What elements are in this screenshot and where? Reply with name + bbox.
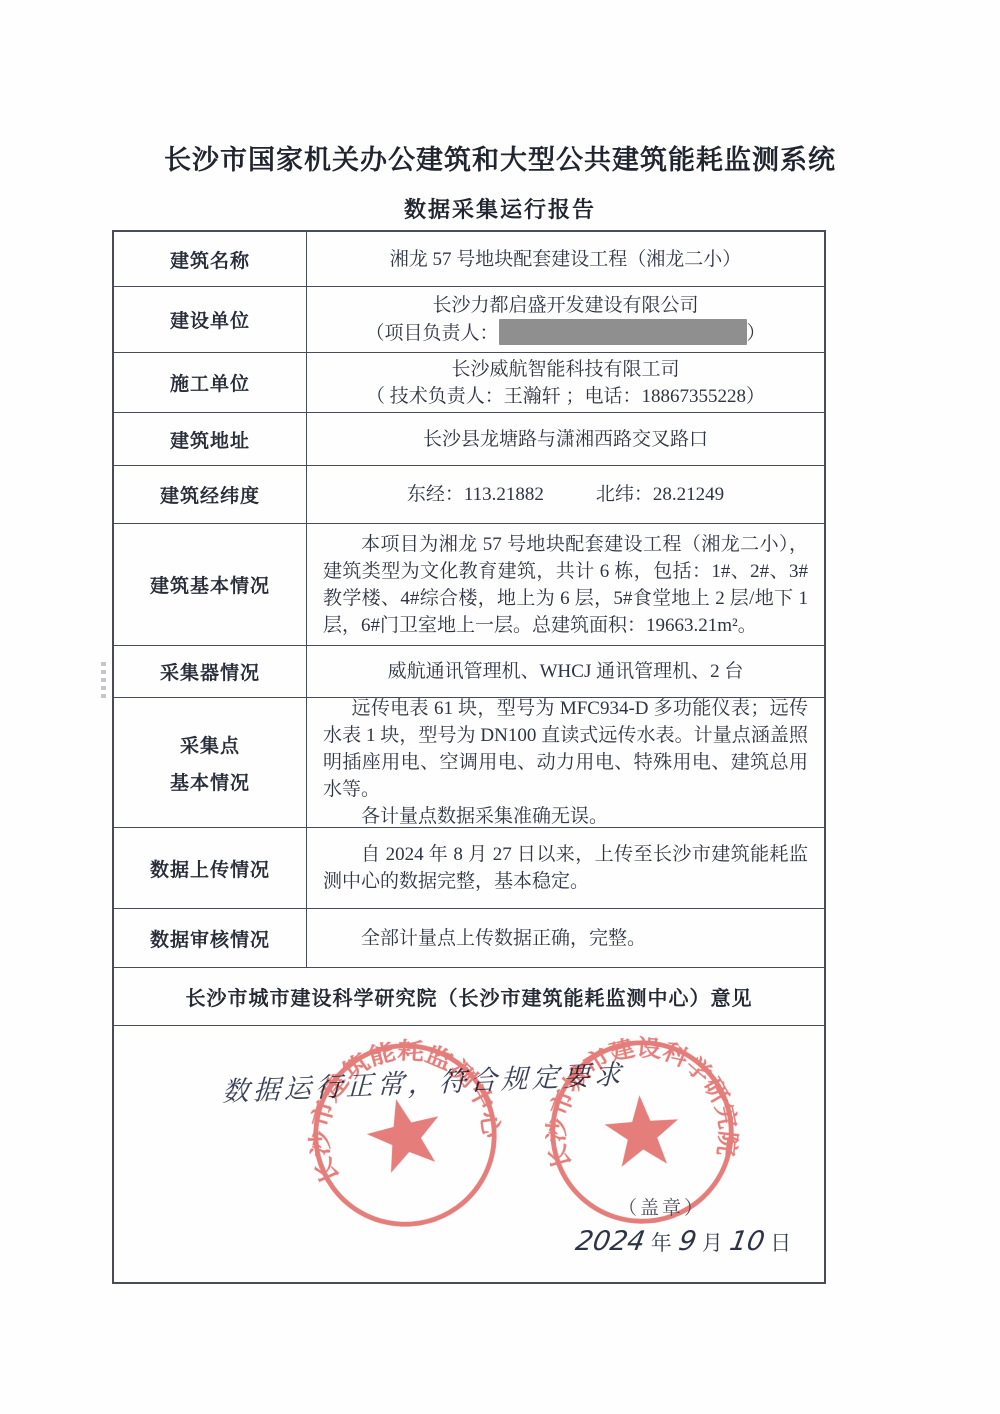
row-label: 建筑名称 — [114, 232, 307, 286]
contractor-contact-line: （ 技术负责人：王瀚轩 ；电话：18867355228） — [323, 383, 808, 410]
building-overview-paragraph: 本项目为湘龙 57 号地块配套建设工程（湘龙二小），建筑类型为文化教育建筑，共计… — [323, 531, 808, 639]
owner-contact-line: （项目负责人：） — [323, 319, 808, 347]
table-row-opinion-header: 长沙市城市建设科学研究院（长沙市建筑能耗监测中心）意见 — [114, 968, 824, 1026]
owner-company: 长沙力都启盛开发建设有限公司 — [323, 292, 808, 319]
audit-status-text: 全部计量点上传数据正确，完整。 — [323, 925, 808, 952]
row-value: 长沙县龙塘路与潇湘西路交叉路口 — [307, 413, 824, 465]
row-label: 建筑地址 — [114, 413, 307, 465]
stamp-signature-area: 数据运行正常，符合规定要求 长沙市建筑能耗监测中心 长沙市城市建设科学研 — [114, 1026, 824, 1282]
row-label: 建筑经纬度 — [114, 466, 307, 523]
table-row-collector-info: 采集器情况 威航通讯管理机、WHCJ 通讯管理机、2 台 — [114, 646, 824, 698]
row-label: 采集器情况 — [114, 646, 307, 697]
row-label: 施工单位 — [114, 353, 307, 412]
row-value: 长沙威航智能科技有限工司 （ 技术负责人：王瀚轩 ；电话：18867355228… — [307, 353, 824, 412]
metering-paragraph-2: 各计量点数据采集准确无误。 — [323, 803, 808, 830]
table-row-coordinates: 建筑经纬度 东经：113.21882北纬：28.21249 — [114, 466, 824, 524]
scanned-report-page: 长沙市国家机关办公建筑和大型公共建筑能耗监测系统 数据采集运行报告 建筑名称 湘… — [0, 0, 1000, 1414]
metering-paragraph-1: 远传电表 61 块，型号为 MFC934-D 多功能仪表；远传水表 1 块，型号… — [323, 695, 808, 803]
row-value: 远传电表 61 块，型号为 MFC934-D 多功能仪表；远传水表 1 块，型号… — [307, 698, 824, 827]
report-table: 建筑名称 湘龙 57 号地块配套建设工程（湘龙二小） 建设单位 长沙力都启盛开发… — [112, 230, 826, 1284]
row-value: 东经：113.21882北纬：28.21249 — [307, 466, 824, 523]
row-value: 湘龙 57 号地块配套建设工程（湘龙二小） — [307, 232, 824, 286]
date-month: 9 — [676, 1226, 699, 1257]
row-value: 长沙力都启盛开发建设有限公司 （项目负责人：） — [307, 287, 824, 352]
row-label: 数据审核情况 — [114, 909, 307, 967]
signature-date: 2024年9月10日 — [576, 1226, 798, 1257]
opinion-header-text: 长沙市城市建设科学研究院（长沙市建筑能耗监测中心）意见 — [114, 968, 824, 1025]
table-row-stamp-area: 数据运行正常，符合规定要求 长沙市建筑能耗监测中心 长沙市城市建设科学研 — [114, 1026, 824, 1282]
upload-status-paragraph: 自 2024 年 8 月 27 日以来，上传至长沙市建筑能耗监测中心的数据完整，… — [323, 841, 808, 895]
table-row-metering-points: 采集点 基本情况 远传电表 61 块，型号为 MFC934-D 多功能仪表；远传… — [114, 698, 824, 828]
official-seal-left-icon: 长沙市建筑能耗监测中心 — [287, 1017, 522, 1252]
table-row-building-overview: 建筑基本情况 本项目为湘龙 57 号地块配套建设工程（湘龙二小），建筑类型为文化… — [114, 524, 824, 646]
document-title: 长沙市国家机关办公建筑和大型公共建筑能耗监测系统 — [0, 138, 1000, 177]
row-label: 建设单位 — [114, 287, 307, 352]
date-day: 10 — [727, 1226, 767, 1257]
scan-artifact — [101, 662, 106, 700]
table-row-building-name: 建筑名称 湘龙 57 号地块配套建设工程（湘龙二小） — [114, 232, 824, 287]
row-label: 建筑基本情况 — [114, 524, 307, 645]
table-row-address: 建筑地址 长沙县龙塘路与潇湘西路交叉路口 — [114, 413, 824, 466]
row-value: 本项目为湘龙 57 号地块配套建设工程（湘龙二小），建筑类型为文化教育建筑，共计… — [307, 524, 824, 645]
row-label: 采集点 基本情况 — [114, 698, 307, 827]
row-value: 威航通讯管理机、WHCJ 通讯管理机、2 台 — [307, 646, 824, 697]
table-row-contractor: 施工单位 长沙威航智能科技有限工司 （ 技术负责人：王瀚轩 ；电话：188673… — [114, 353, 824, 413]
table-row-construction-owner: 建设单位 长沙力都启盛开发建设有限公司 （项目负责人：） — [114, 287, 824, 353]
row-value: 全部计量点上传数据正确，完整。 — [307, 909, 824, 967]
table-row-upload-status: 数据上传情况 自 2024 年 8 月 27 日以来，上传至长沙市建筑能耗监测中… — [114, 828, 824, 909]
longitude-value: 东经：113.21882 — [407, 481, 544, 508]
redacted-text — [499, 319, 747, 345]
table-row-audit-status: 数据审核情况 全部计量点上传数据正确，完整。 — [114, 909, 824, 968]
latitude-value: 北纬：28.21249 — [596, 481, 724, 508]
document-subtitle: 数据采集运行报告 — [0, 193, 1000, 224]
row-label: 数据上传情况 — [114, 828, 307, 908]
row-value: 自 2024 年 8 月 27 日以来，上传至长沙市建筑能耗监测中心的数据完整，… — [307, 828, 824, 908]
contractor-company: 长沙威航智能科技有限工司 — [323, 356, 808, 383]
date-year: 2024 — [573, 1226, 647, 1257]
seal-here-note: （盖章） — [618, 1193, 706, 1220]
